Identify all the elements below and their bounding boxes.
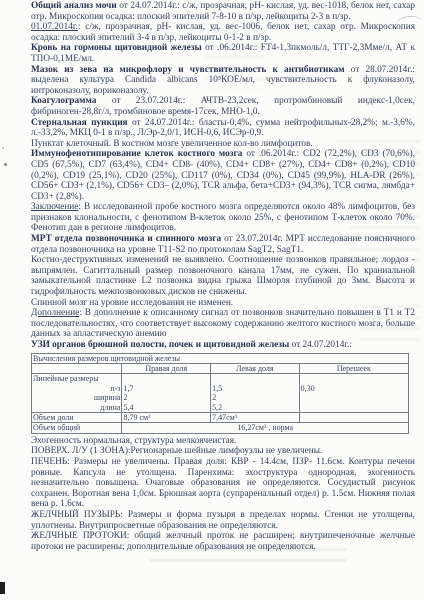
cell-lobe-volume-isthmus [299,412,408,422]
text-run: ПЕЧЕНЬ: Размеры не увеличены. Правая дол… [31,457,415,509]
table-row-lobe-volume: Объем доли 8,79 см³ 7,47см³ [32,412,409,422]
header-cell-left-lobe: Левая доля [211,364,300,374]
text-run: Пунктат клеточный. В костном мозге увели… [31,139,313,149]
param-ap: п-з [33,384,120,393]
table-title-cell: Вычисления размеров щитовидной железы [32,353,409,363]
param-width: ширина [33,393,120,402]
report-paragraph: Заключение: В исследованной пробе костно… [31,202,415,234]
report-paragraph: Эхогенность нормальная, структура мелкоя… [31,436,415,447]
underlined-lead-text: Заключение [31,202,78,212]
report-paragraphs-bottom: Эхогенность нормальная, структура мелкоя… [31,436,415,553]
table-row-total-volume: Объем общий 16,27см³ , норма [32,423,409,433]
report-paragraphs-top: Общий анализ мочи от 24.07.2014г.: с/ж, … [31,1,415,351]
report-paragraph: ПЕЧЕНЬ: Размеры не увеличены. Правая дол… [31,457,415,510]
text-run: ПОВЕРХ. Л/У (1 ЗОНА):Регионарные шейные … [31,446,322,456]
bold-lead-text: Мазок из зева на микрофлору и чувствител… [31,65,345,75]
bold-lead-text: Коагулограмма [31,96,96,106]
document-page: Общий анализ мочи от 24.07.2014г.: с/ж, … [0,0,424,600]
text-run: Спинной мозг на уровне исследования не и… [31,298,233,308]
text-run: : В дополнение к описанному сигнал от по… [31,308,415,339]
cell-lobe-volume-label: Объем доли [32,412,122,422]
report-paragraph: Коагулограмма от 23.07.2014г.: АЧТВ-23,2… [31,96,415,117]
cell-lobe-volume-right: 8,79 см³ [122,412,211,422]
param-length: длина [33,403,120,412]
bold-lead-text: Иммунофенотипирование клеток костного мо… [31,149,242,159]
report-paragraph: Пунктат клеточный. В костном мозге увели… [31,139,415,150]
report-paragraph: ПОВЕРХ. Л/У (1 ЗОНА):Регионарные шейные … [31,446,415,457]
cell-left-lobe-values: 1,5 2 5,2 [211,374,300,413]
value-left-ap: 1,5 [212,384,298,393]
scan-speck [2,147,4,149]
text-run: ЖЕЛЧНЫЕ ПРОТОКИ: общий желчный проток не… [31,531,415,552]
underlined-lead-text: 01.07.2014г. [31,22,78,32]
report-paragraph: Костно-деструктивных изменений не выявле… [31,255,415,297]
value-right-length: 5,4 [123,403,209,412]
table-row-linear-sizes: Линейные размеры п-з ширина длина 1,7 2 … [32,374,409,413]
report-paragraph: Кровь на гормоны щитовидной железы от .0… [31,43,415,64]
report-paragraph: Дополнение: В дополнение к описанному си… [31,308,415,340]
underlined-lead-text: Дополнение [31,308,79,318]
scan-corner-artifact [0,582,5,594]
bold-lead-text: МРТ отдела позвоночника и спинного мозга [31,234,221,244]
table-title-row: Вычисления размеров щитовидной железы [32,353,409,363]
header-cell-isthmus: Перешеек [299,364,408,374]
report-paragraph: ЖЕЛЧНЫЕ ПРОТОКИ: общий желчный проток не… [31,531,415,552]
report-paragraph: Общий анализ мочи от 24.07.2014г.: с/ж, … [31,1,415,22]
report-paragraph: ЖЕЛЧНЫЙ ПУЗЫРЬ: Размеры и форма пузыря в… [31,510,415,531]
cell-total-volume-value: 16,27см³ , норма [122,423,409,433]
header-cell-empty [32,364,122,374]
cell-total-volume-label: Объем общий [32,423,122,433]
cell-right-lobe-values: 1,7 2 5,4 [122,374,211,413]
scan-speck [4,163,7,166]
text-run: от 24.07.2014г.: [289,340,352,350]
report-paragraph: Мазок из зева на микрофлору и чувствител… [31,65,415,97]
header-cell-right-lobe: Правая доля [122,364,211,374]
value-left-length: 5,2 [212,403,298,412]
report-paragraph: Стернальная пункция от 24.07.2014г.: бла… [31,118,415,139]
report-paragraph: МРТ отдела позвоночника и спинного мозга… [31,234,415,255]
text-run: ЖЕЛЧНЫЙ ПУЗЫРЬ: Размеры и форма пузыря в… [31,510,415,531]
table-header-row: Правая доля Левая доля Перешеек [32,364,409,374]
report-paragraph: УЗИ органов брюшной полости, почек и щит… [31,340,415,351]
text-run: Эхогенность нормальная, структура мелкоя… [31,436,236,446]
value-right-width: 2 [123,393,209,402]
cell-linear-params: Линейные размеры п-з ширина длина [32,374,122,413]
value-isthmus-ap: 0,30 [301,384,407,393]
bold-lead-text: Стернальная пункция [31,118,128,128]
thyroid-measurements-table: Вычисления размеров щитовидной железы Пр… [31,353,409,434]
text-run: : с/ж, прозрачная, pH- кислая, уд. вес-1… [31,22,415,43]
cell-isthmus-values: 0,30 [299,374,408,413]
value-right-ap: 1,7 [123,384,209,393]
bold-lead-text: Общий анализ мочи [31,1,117,11]
bold-lead-text: Кровь на гормоны щитовидной железы [31,43,202,53]
cell-lobe-volume-left: 7,47см³ [211,412,300,422]
report-paragraph: Иммунофенотипирование клеток костного мо… [31,149,415,202]
report-paragraph: Спинной мозг на уровне исследования не и… [31,298,415,309]
value-left-width: 2 [212,393,298,402]
report-body: Общий анализ мочи от 24.07.2014г.: с/ж, … [31,1,415,552]
linear-sizes-label: Линейные размеры [33,374,120,383]
bold-lead-text: УЗИ органов брюшной полости, почек и щит… [31,340,289,350]
report-paragraph: 01.07.2014г.: с/ж, прозрачная, pH- кисла… [31,22,415,43]
text-run: : В исследованной пробе костного мозга о… [31,202,415,233]
text-run: Костно-деструктивных изменений не выявле… [31,255,415,297]
